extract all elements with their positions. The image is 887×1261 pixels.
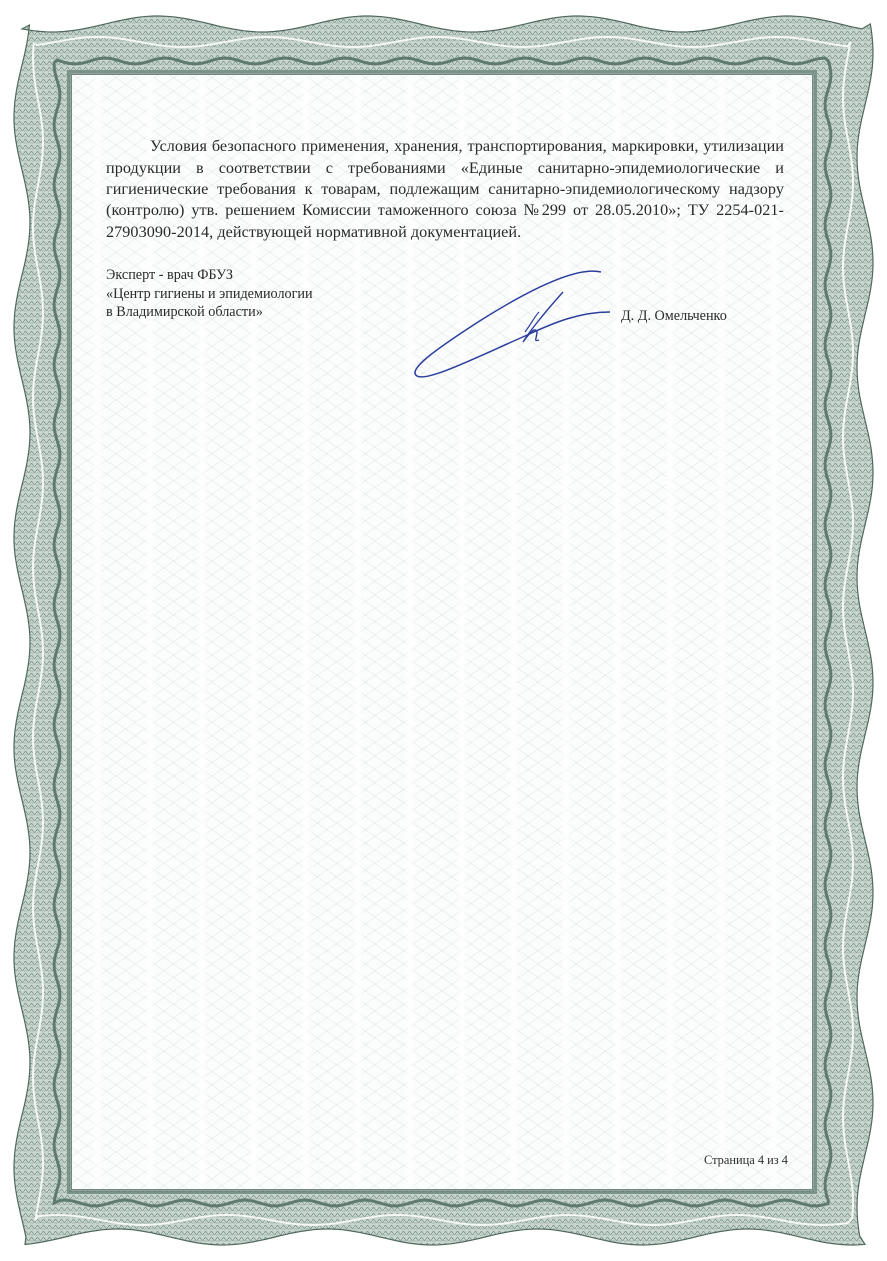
signer-name: Д. Д. Омельченко <box>621 308 727 325</box>
signer-block: Эксперт - врач ФБУЗ «Центр гигиены и эпи… <box>106 266 313 322</box>
handwritten-signature-icon <box>405 262 635 387</box>
page-number: Страница 4 из 4 <box>704 1153 788 1168</box>
signer-position-line3: в Владимирской области» <box>106 303 313 322</box>
conditions-paragraph: Условия безопасного применения, хранения… <box>106 136 784 243</box>
signer-position-line1: Эксперт - врач ФБУЗ <box>106 266 313 285</box>
signer-position-line2: «Центр гигиены и эпидемиологии <box>106 285 313 304</box>
